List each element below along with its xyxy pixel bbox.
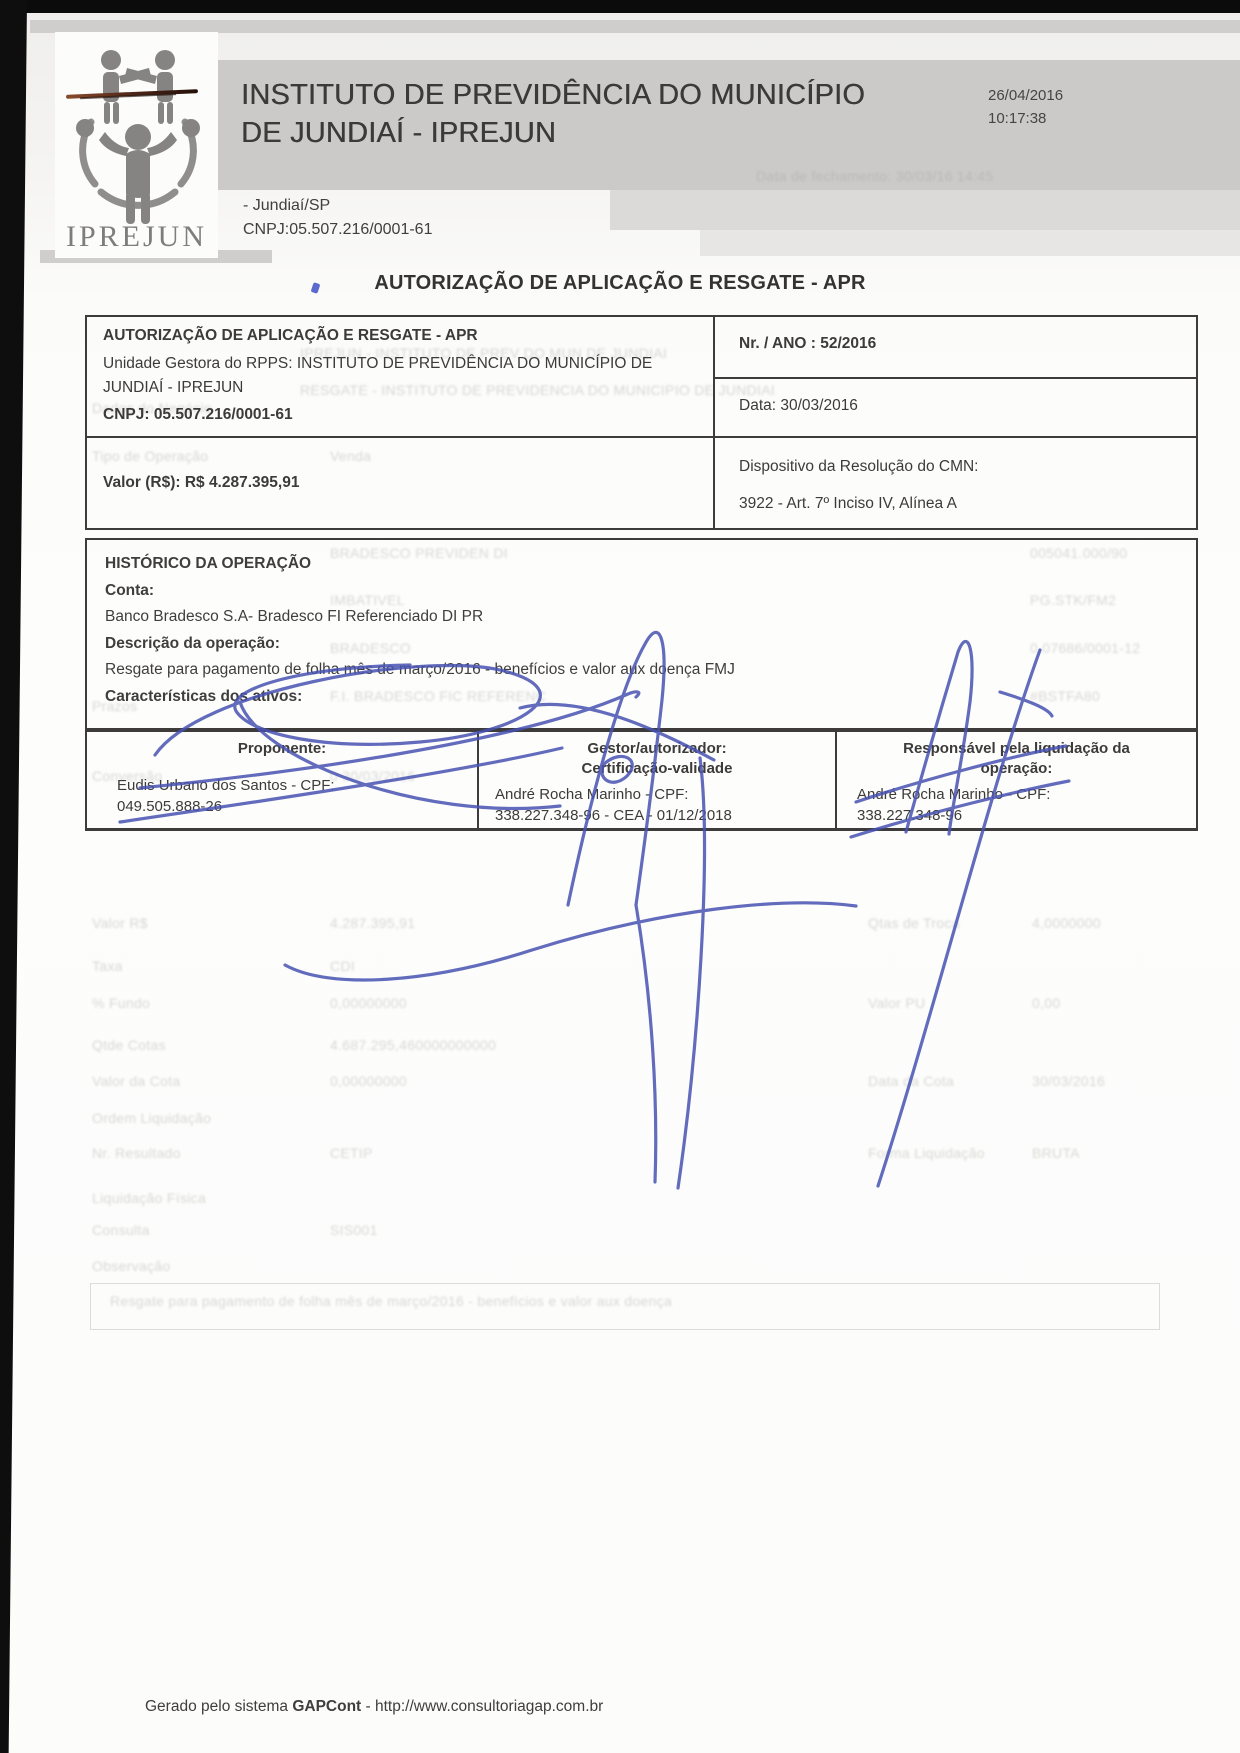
footer-prefix: Gerado pelo sistema: [145, 1698, 292, 1715]
proponente-cpf: 049.505.888-26: [117, 796, 477, 817]
data-cell: Data: 30/03/2016: [715, 379, 1196, 436]
ghost-bleed-text: CDI: [330, 958, 355, 974]
proponente-name: Eudis Urbano dos Santos - CPF: 049.505.8…: [87, 759, 477, 817]
ghost-bleed-text: Valor PU: [868, 995, 925, 1011]
ghost-bleed-text: Resgate para pagamento de folha mês de m…: [110, 1293, 672, 1309]
logo-wordmark: IPREJUN: [55, 220, 218, 254]
responsavel-name-line1: André Rocha Marinho - CPF:: [857, 784, 1196, 805]
signature-cell-proponente: Proponente: Eudis Urbano dos Santos - CP…: [87, 732, 477, 828]
signature-cell-responsavel: Responsável pela liquidação da operação:…: [835, 732, 1196, 828]
ghost-bleed-text: % Fundo: [92, 995, 150, 1011]
historico-box: HISTÓRICO DA OPERAÇÃO Conta: Banco Brade…: [85, 538, 1198, 730]
ghost-bleed-text: 0,00000000: [330, 1073, 407, 1089]
ghost-bleed-text: Qtas de Troca: [868, 915, 960, 931]
ghost-bleed-text: Ordem Liquidação: [92, 1110, 211, 1126]
iprejun-logo: IPREJUN: [55, 32, 218, 258]
ghost-bleed-text: Data da Cota: [868, 1073, 954, 1089]
signature-cell-gestor: Gestor/autorizador: Certificação-validad…: [477, 732, 835, 828]
descricao-value: Resgate para pagamento de folha mês de m…: [105, 657, 1178, 684]
ghost-bleed-text: Nr. Resultado: [92, 1145, 181, 1161]
responsavel-header-line2: operação:: [837, 759, 1196, 779]
proponente-name-line1: Eudis Urbano dos Santos - CPF:: [117, 775, 477, 796]
gestor-header: Gestor/autorizador: Certificação-validad…: [479, 732, 835, 779]
gestor-name: André Rocha Marinho - CPF: 338.227.348-9…: [479, 779, 835, 826]
org-cnpj: CNPJ:05.507.216/0001-61: [243, 218, 432, 242]
ghost-bleed-text: CETIP: [330, 1145, 373, 1161]
scan-time: 10:17:38: [988, 107, 1063, 130]
footer-generated-by: Gerado pelo sistema GAPCont - http://www…: [145, 1698, 603, 1716]
gestor-header-line1: Gestor/autorizador:: [479, 739, 835, 759]
ghost-bleed-text: 4,0000000: [1032, 915, 1101, 931]
nr-ano-cell: Nr. / ANO : 52/2016: [715, 317, 1196, 379]
caracteristicas-label: Características dos ativos:: [105, 684, 1178, 711]
ghost-bleed-text: Consulta: [92, 1222, 150, 1238]
ghost-bleed-text: 30/03/2016: [1032, 1073, 1105, 1089]
conta-label: Conta:: [105, 578, 1178, 605]
apr-form-title: AUTORIZAÇÃO DE APLICAÇÃO E RESGATE - APR: [103, 327, 697, 345]
descricao-label: Descrição da operação:: [105, 631, 1178, 658]
ghost-layer: Data de fechamento: 30/03/16 14:45IPREJU…: [0, 0, 1240, 1753]
org-city: - Jundiaí/SP: [243, 194, 432, 218]
responsavel-header-line1: Responsável pela liquidação da: [837, 739, 1196, 759]
dispositivo-value: 3922 - Art. 7º Inciso IV, Alínea A: [739, 485, 1196, 522]
ghost-bleed-text: 0,00: [1032, 995, 1060, 1011]
gestor-header-line2: Certificação-validade: [479, 759, 835, 779]
unidade-gestora: Unidade Gestora do RPPS: INSTITUTO DE PR…: [103, 352, 658, 400]
apr-identification-cell: AUTORIZAÇÃO DE APLICAÇÃO E RESGATE - APR…: [87, 317, 715, 436]
responsavel-name: André Rocha Marinho - CPF: 338.227.348-9…: [837, 779, 1196, 826]
ghost-bleed-text: 0,00000000: [330, 995, 407, 1011]
ghost-bleed-text: 4.287.395,91: [330, 915, 415, 931]
valor-cell: Valor (R$): R$ 4.287.395,91: [87, 436, 715, 528]
responsavel-header: Responsável pela liquidação da operação:: [837, 732, 1196, 779]
signature-table: Proponente: Eudis Urbano dos Santos - CP…: [85, 730, 1198, 831]
dispositivo-cell: Dispositivo da Resolução do CMN: 3922 - …: [715, 436, 1196, 528]
gestor-name-line1: André Rocha Marinho - CPF:: [495, 784, 835, 805]
ghost-bleed-text: Forma Liquidação: [868, 1145, 985, 1161]
ghost-bleed-text: Qtde Cotas: [92, 1037, 166, 1053]
scan-date: 26/04/2016: [988, 84, 1063, 107]
ghost-bleed-text: Valor da Cota: [92, 1073, 180, 1089]
ghost-bleed-text: Taxa: [92, 958, 123, 974]
ghost-bleed-text: Observação: [92, 1258, 170, 1274]
conta-value: Banco Bradesco S.A- Bradesco FI Referenc…: [105, 604, 1178, 631]
org-title: INSTITUTO DE PREVIDÊNCIA DO MUNICÍPIO DE…: [241, 76, 865, 152]
people-globe-logo-icon: [63, 32, 213, 232]
scan-datetime: 26/04/2016 10:17:38: [988, 84, 1063, 130]
proponente-header: Proponente:: [87, 732, 477, 759]
scanned-document-page: Data de fechamento: 30/03/16 14:45IPREJU…: [0, 0, 1240, 1753]
ghost-bleed-text: Liquidação Física: [92, 1190, 206, 1206]
ghost-bleed-text: Data de fechamento: 30/03/16 14:45: [756, 168, 993, 184]
org-city-cnpj: - Jundiaí/SP CNPJ:05.507.216/0001-61: [243, 194, 432, 242]
gestor-cpf: 338.227.348-96 - CEA - 01/12/2018: [495, 805, 835, 826]
footer-system-name: GAPCont: [292, 1698, 361, 1715]
ghost-bleed-text: SIS001: [330, 1222, 378, 1238]
ghost-bleed-text: BRUTA: [1032, 1145, 1080, 1161]
org-title-line1: INSTITUTO DE PREVIDÊNCIA DO MUNICÍPIO: [241, 76, 865, 114]
scanner-edge-top: [0, 0, 1240, 13]
dispositivo-label: Dispositivo da Resolução do CMN:: [739, 448, 1196, 485]
responsavel-cpf: 338.227.348-96: [857, 805, 1196, 826]
document-title: AUTORIZAÇÃO DE APLICAÇÃO E RESGATE - APR: [120, 272, 1120, 295]
apr-info-table: AUTORIZAÇÃO DE APLICAÇÃO E RESGATE - APR…: [85, 315, 1198, 530]
unidade-cnpj: CNPJ: 05.507.216/0001-61: [103, 406, 697, 424]
historico-title: HISTÓRICO DA OPERAÇÃO: [105, 551, 1178, 578]
ghost-bleed-text: 4.687.295,460000000000: [330, 1037, 496, 1053]
ghost-bleed-text: Valor R$: [92, 915, 148, 931]
footer-url: - http://www.consultoriagap.com.br: [361, 1698, 603, 1715]
org-title-line2: DE JUNDIAÍ - IPREJUN: [241, 114, 865, 152]
